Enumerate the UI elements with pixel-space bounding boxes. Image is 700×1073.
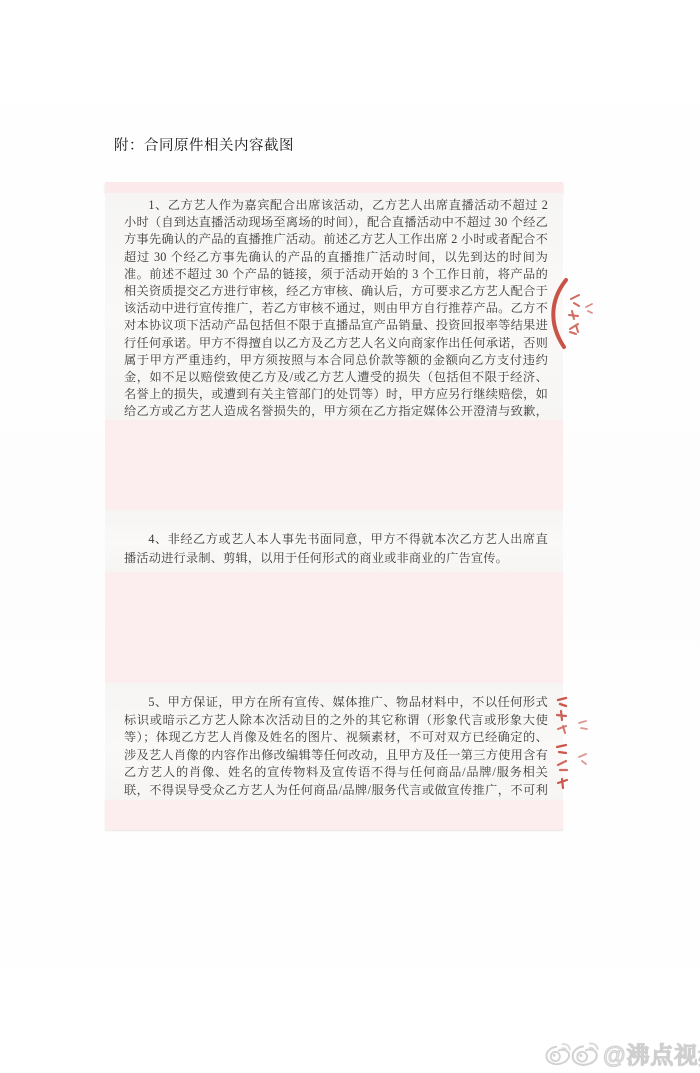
redacted-band-3 xyxy=(105,800,563,830)
clause-4-paragraph: 4、非经乙方或艺人本人事先书面同意，甲方不得就本次乙方艺人出席直播活动进行录制、… xyxy=(105,530,563,567)
attachment-title: 附：合同原件相关内容截图 xyxy=(114,134,294,155)
weibo-logo-icon xyxy=(569,1037,601,1069)
redacted-band-1 xyxy=(105,420,563,510)
clause-5-section: 5、甲方保证，甲方在所有宣传、媒体推广、物品材料中，不以任何形式标识或暗示乙方艺… xyxy=(105,683,563,800)
document-photo: 附：合同原件相关内容截图 1、乙方艺人作为嘉宾配合出席该活动，乙方艺人出席直播活… xyxy=(0,0,700,1073)
clause-1-paragraph: 1、乙方艺人作为嘉宾配合出席该活动，乙方艺人出席直播活动不超过 2 小时（自到达… xyxy=(105,197,563,420)
clause-1-section: 1、乙方艺人作为嘉宾配合出席该活动，乙方艺人出席直播活动不超过 2 小时（自到达… xyxy=(105,193,563,420)
contract-screenshot: 1、乙方艺人作为嘉宾配合出席该活动，乙方艺人出席直播活动不超过 2 小时（自到达… xyxy=(105,182,563,830)
redacted-band-2 xyxy=(105,572,563,683)
redacted-strip-top xyxy=(105,182,563,193)
clause-4-section: 4、非经乙方或艺人本人事先书面同意，甲方不得就本次乙方艺人出席直播活动进行录制、… xyxy=(105,510,563,572)
watermark-handle: @沸点视频 xyxy=(603,1037,700,1070)
clause-5-paragraph: 5、甲方保证，甲方在所有宣传、媒体推广、物品材料中，不以任何形式标识或暗示乙方艺… xyxy=(105,694,563,800)
weibo-watermark: @沸点视频 xyxy=(543,1036,700,1070)
